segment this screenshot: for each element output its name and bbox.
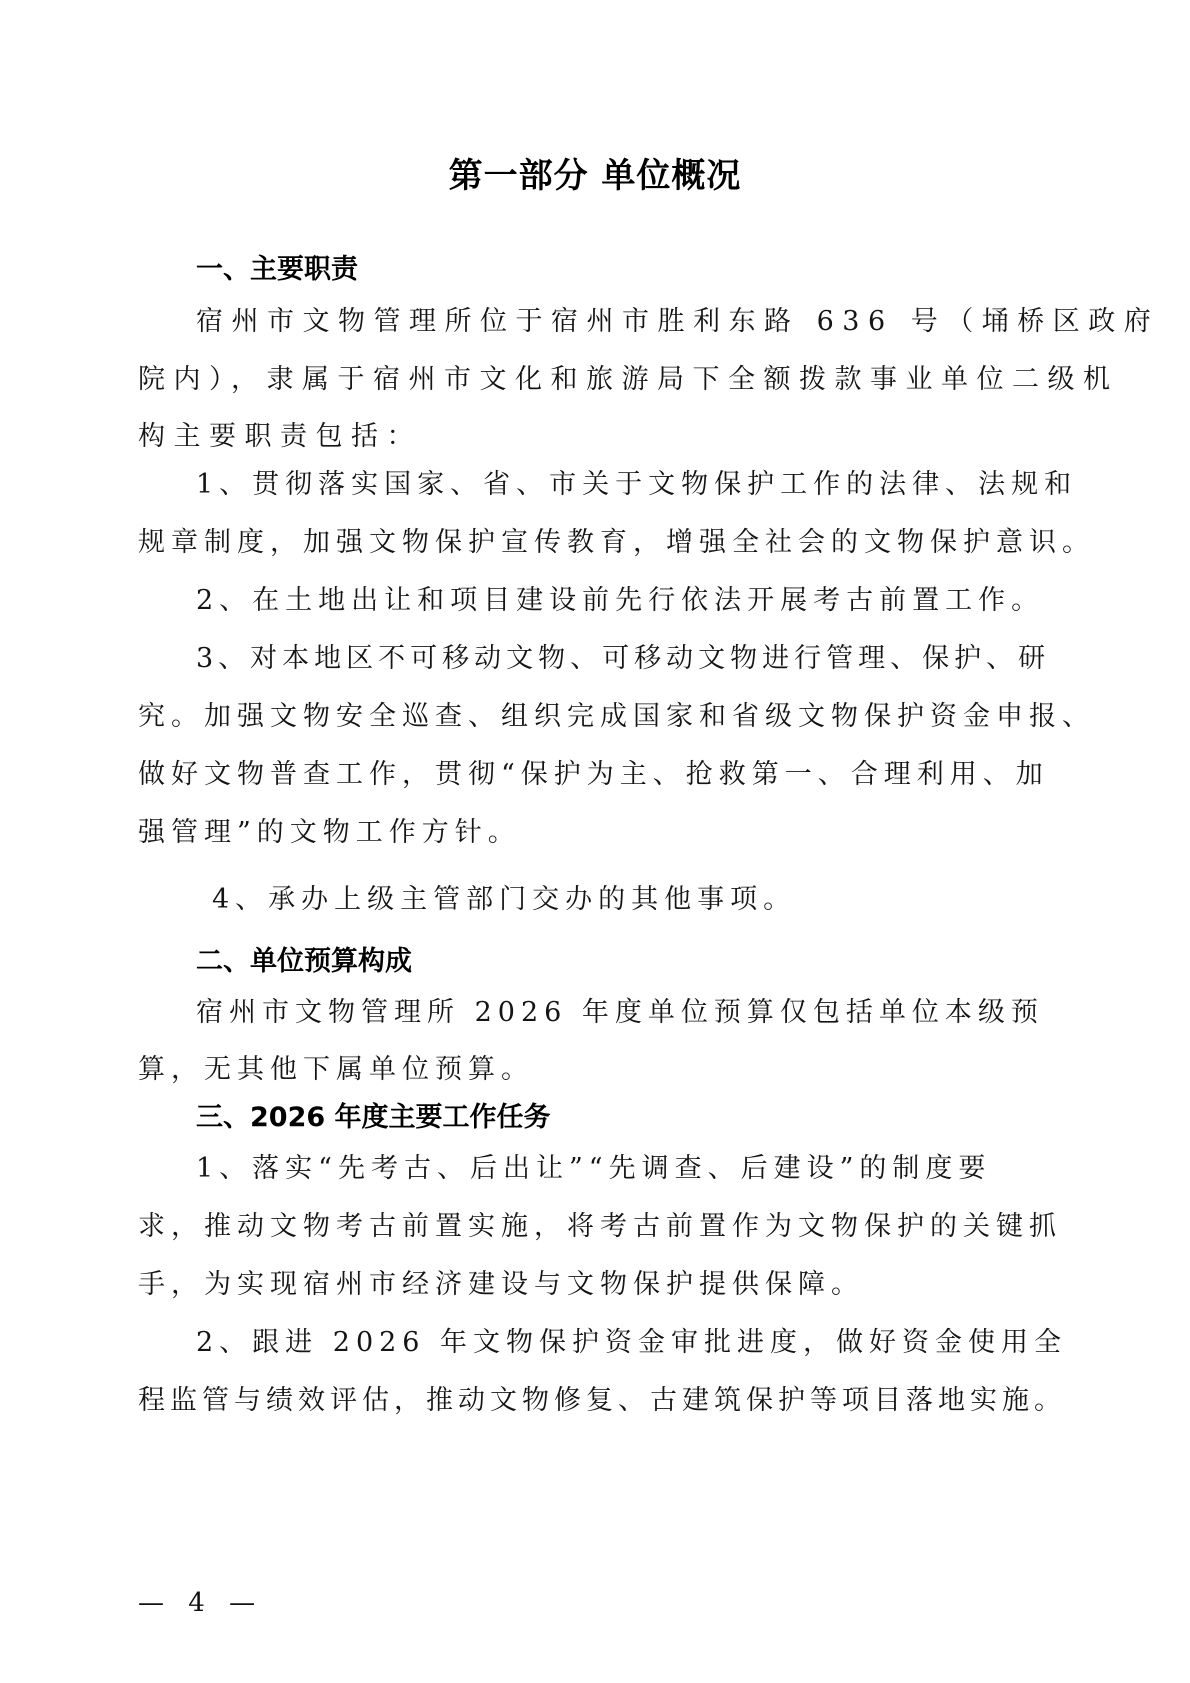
page-number: — 4 — [138, 1588, 263, 1618]
page-title: 第一部分 单位概况 [0, 148, 1190, 197]
list-item-duty-3: 3、对本地区不可移动文物、可移动文物进行管理、保护、研 [196, 642, 1050, 676]
list-item-task-2-cont: 程监管与绩效评估，推动文物修复、古建筑保护等项目落地实施。 [138, 1384, 1066, 1418]
paragraph-line: 宿州市文物管理所 2026 年度单位预算仅包括单位本级预 [196, 996, 1044, 1030]
section-heading-budget-composition: 二、单位预算构成 [196, 945, 412, 979]
list-item-duty-2: 2、在土地出让和项目建设前先行依法开展考古前置工作。 [196, 584, 1044, 618]
section-heading-work-tasks: 三、2026 年度主要工作任务 [196, 1101, 551, 1135]
list-item-duty-1: 1、贯彻落实国家、省、市关于文物保护工作的法律、法规和 [196, 468, 1077, 502]
paragraph-line: 构主要职责包括： [138, 420, 422, 454]
list-item-duty-1-cont: 规章制度，加强文物保护宣传教育，增强全社会的文物保护意识。 [138, 526, 1095, 560]
list-item-duty-4: 4、承办上级主管部门交办的其他事项。 [212, 883, 796, 917]
paragraph-line: 算，无其他下属单位预算。 [138, 1053, 534, 1087]
list-item-task-1-cont: 手，为实现宿州市经济建设与文物保护提供保障。 [138, 1268, 864, 1302]
list-item-duty-3-cont: 究。加强文物安全巡查、组织完成国家和省级文物保护资金申报、 [138, 700, 1095, 734]
section-heading-main-duties: 一、主要职责 [196, 253, 358, 287]
list-item-duty-3-cont: 做好文物普查工作，贯彻“保护为主、抢救第一、合理利用、加 [138, 758, 1049, 792]
paragraph-line: 院内），隶属于宿州市文化和旅游局下全额拨款事业单位二级机 [138, 363, 1119, 397]
paragraph-line: 宿州市文物管理所位于宿州市胜利东路 636 号（埇桥区政府 [196, 305, 1159, 339]
list-item-task-1: 1、落实“先考古、后出让”“先调查、后建设”的制度要 [196, 1152, 991, 1186]
document-page: 第一部分 单位概况 一、主要职责 宿州市文物管理所位于宿州市胜利东路 636 号… [0, 0, 1190, 1683]
list-item-duty-3-cont: 强管理”的文物工作方针。 [138, 816, 521, 850]
list-item-task-2: 2、跟进 2026 年文物保护资金审批进度，做好资金使用全 [196, 1326, 1067, 1360]
list-item-task-1-cont: 求，推动文物考古前置实施，将考古前置作为文物保护的关键抓 [138, 1210, 1062, 1244]
